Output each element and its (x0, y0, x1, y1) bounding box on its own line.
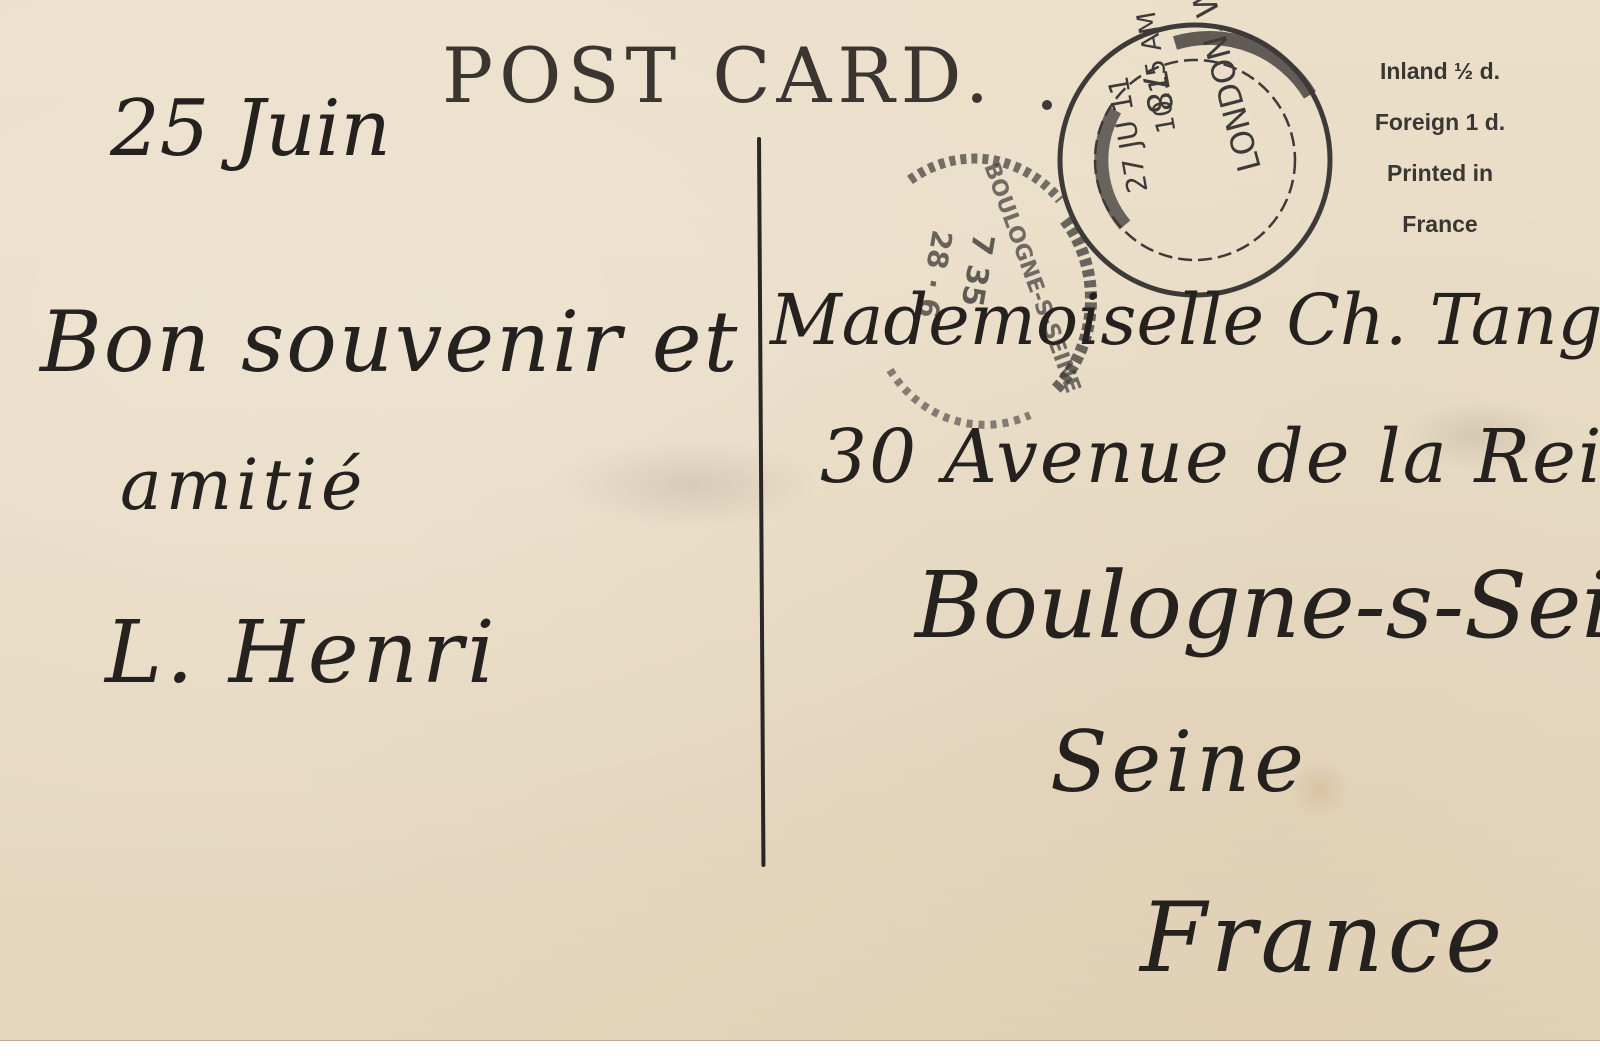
message-line-2: amitié (120, 450, 366, 520)
address-country: France (1140, 890, 1506, 986)
message-date: 25 Juin (110, 90, 391, 168)
ink-smudge (560, 440, 820, 530)
printed-country: France (1350, 199, 1530, 250)
address-street: 30 Avenue de la Reine (820, 420, 1600, 494)
inland-rate: Inland ½ d. (1350, 46, 1530, 97)
message-line-1: Bon souvenir et (40, 300, 739, 384)
postage-rates: Inland ½ d. Foreign 1 d. Printed in Fran… (1350, 46, 1530, 250)
address-department: Seine (1050, 720, 1308, 804)
address-city: Boulogne-s-Seine (915, 560, 1600, 652)
postcard: POST CARD. Inland ½ d. Foreign 1 d. Prin… (0, 0, 1600, 1041)
printed-in-label: Printed in (1350, 148, 1530, 199)
foreign-rate: Foreign 1 d. (1350, 97, 1530, 148)
address-recipient: Mademoiselle Ch. Tanglier (770, 285, 1600, 355)
message-signature: L. Henri (105, 610, 499, 696)
postcard-heading: POST CARD. (442, 38, 995, 114)
